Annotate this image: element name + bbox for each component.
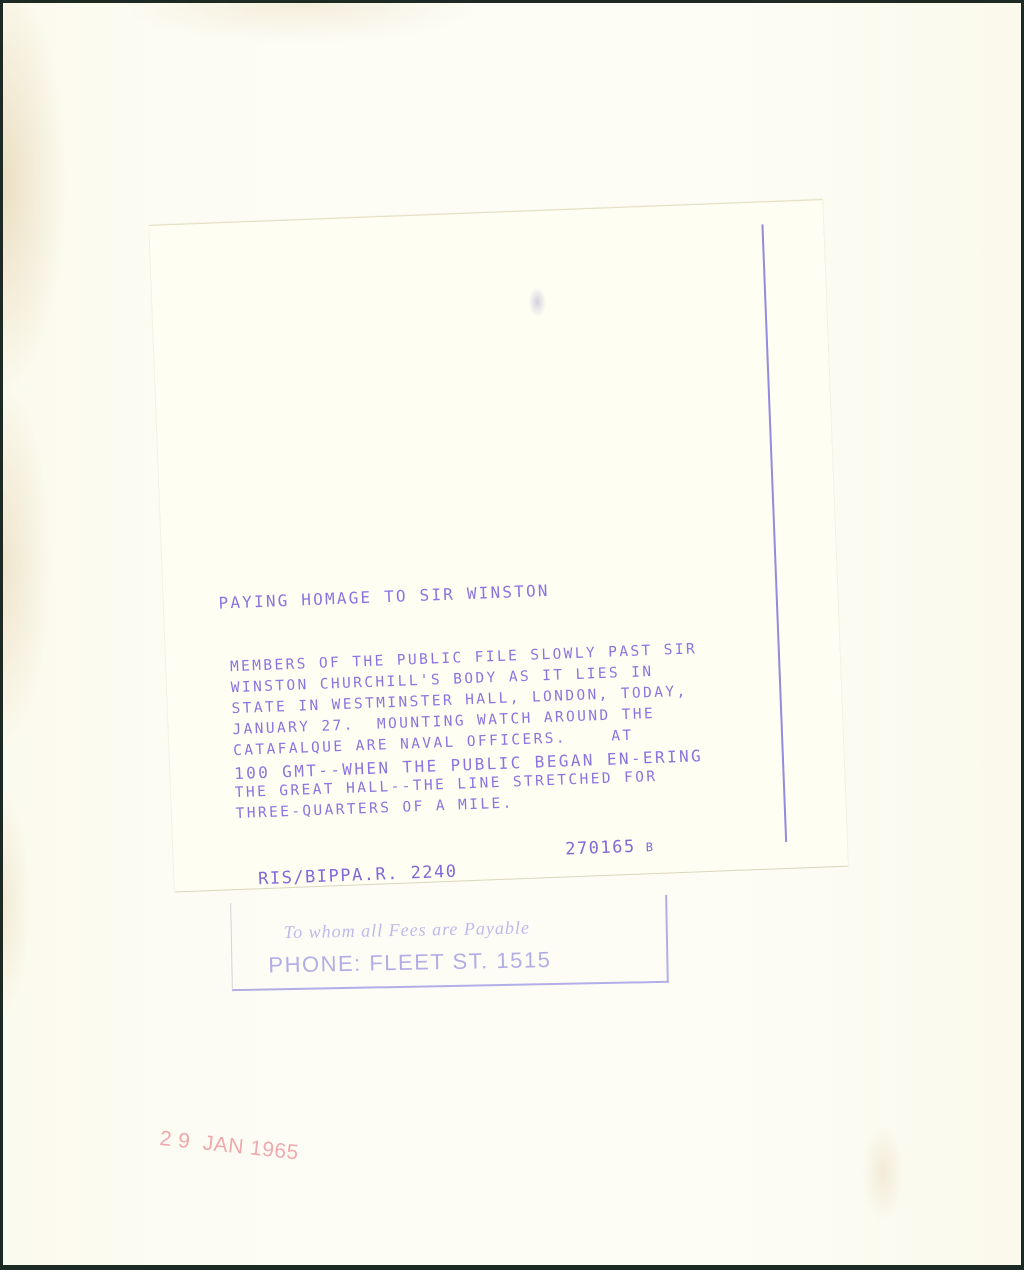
photo-code-number: 270165 [565, 837, 636, 860]
fees-payable-stamp: To whom all Fees are Payable PHONE: FLEE… [230, 895, 669, 991]
photo-back: To whom all Fees are Payable PHONE: FLEE… [3, 3, 1021, 1265]
photo-code: 270165B [565, 836, 655, 859]
caption-headline: PAYING HOMAGE TO SIR WINSTON [218, 581, 550, 613]
fees-stamp-phone: PHONE: FLEET ST. 1515 [268, 947, 551, 978]
ink-smudge [528, 287, 547, 318]
margin-rule [761, 224, 787, 842]
fees-stamp-line1: To whom all Fees are Payable [284, 917, 531, 943]
photo-code-suffix: B [645, 840, 654, 854]
caption-slip: PAYING HOMAGE TO SIR WINSTON MEMBERS OF … [149, 199, 848, 891]
